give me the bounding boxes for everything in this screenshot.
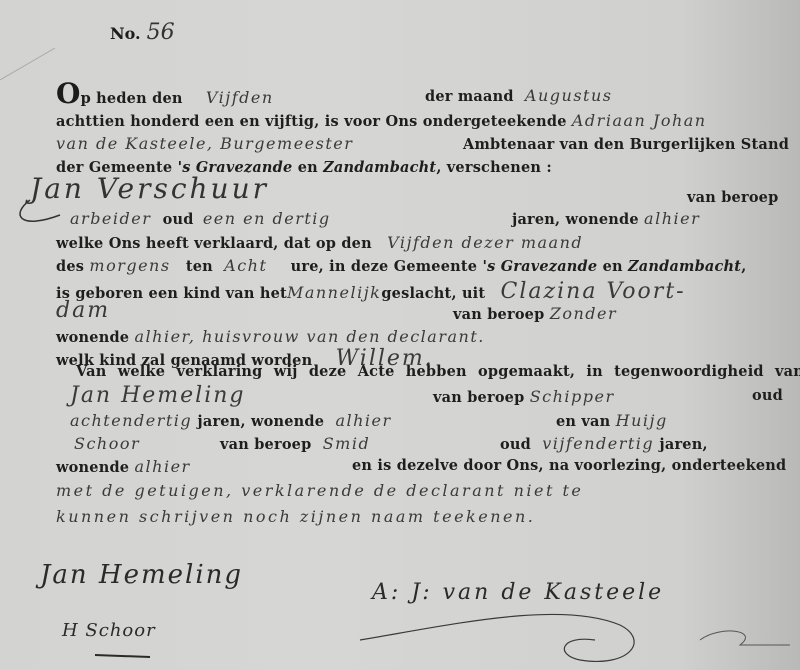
signature-flourish-icon (0, 0, 800, 670)
birth-certificate-page: No.56 Op heden den Vijfden der maand Aug… (0, 0, 800, 670)
